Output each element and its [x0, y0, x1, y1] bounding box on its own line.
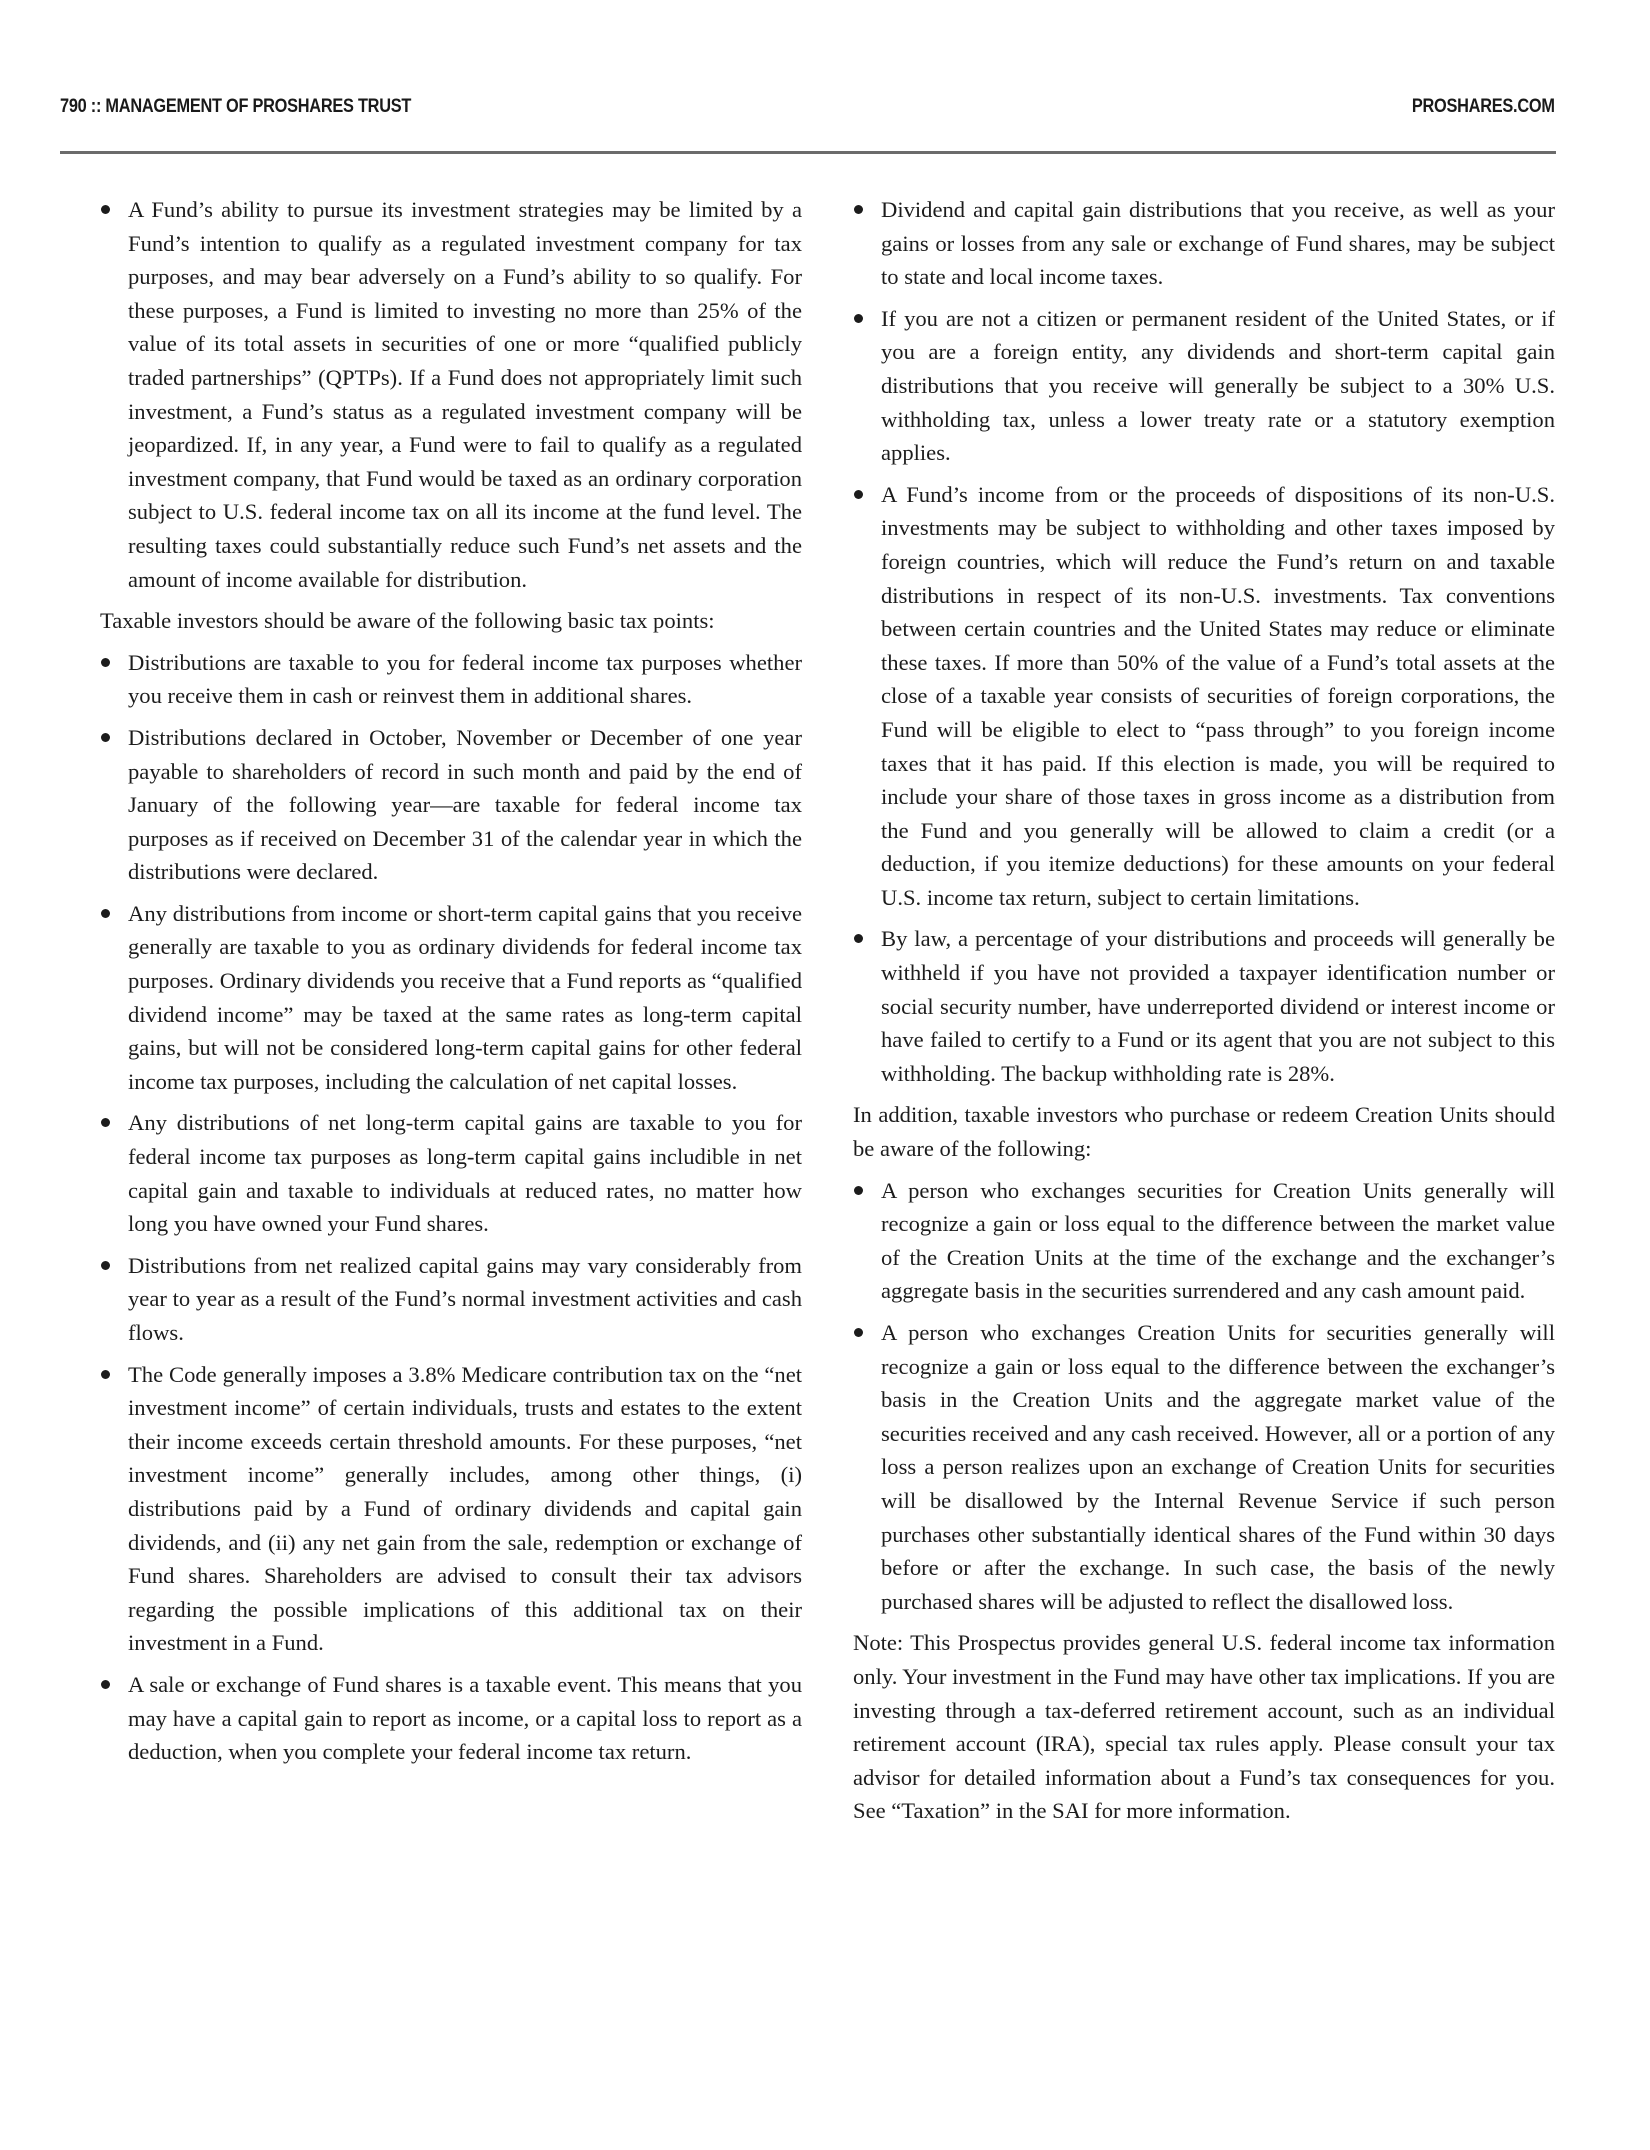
- bullet-icon: [101, 909, 110, 918]
- header-website: PROSHARES.COM: [1412, 96, 1555, 118]
- bullet-text: The Code generally imposes a 3.8% Medica…: [128, 1362, 802, 1656]
- left-column: A Fund’s ability to pursue its investmen…: [100, 193, 802, 1777]
- bullet-icon: [101, 658, 110, 667]
- bullet-icon: [854, 490, 863, 499]
- bullet-icon: [854, 314, 863, 323]
- bullet-item: If you are not a citizen or permanent re…: [853, 302, 1555, 470]
- bullet-text: Distributions from net realized capital …: [128, 1253, 802, 1345]
- bullet-icon: [854, 1186, 863, 1195]
- bullet-item: Any distributions of net long-term capit…: [100, 1106, 802, 1240]
- bullet-item: A sale or exchange of Fund shares is a t…: [100, 1668, 802, 1769]
- header-page-title: 790 :: MANAGEMENT OF PROSHARES TRUST: [60, 96, 411, 118]
- bullet-text: Distributions are taxable to you for fed…: [128, 650, 802, 709]
- bullet-item: Any distributions from income or short-t…: [100, 897, 802, 1099]
- bullet-icon: [101, 733, 110, 742]
- bullet-text: Any distributions of net long-term capit…: [128, 1110, 802, 1236]
- header-divider: [60, 151, 1556, 154]
- bullet-item: Dividend and capital gain distributions …: [853, 193, 1555, 294]
- bullet-item: Distributions declared in October, Novem…: [100, 721, 802, 889]
- bullet-text: A sale or exchange of Fund shares is a t…: [128, 1672, 802, 1764]
- bullet-item: Distributions are taxable to you for fed…: [100, 646, 802, 713]
- bullet-text: A Fund’s ability to pursue its investmen…: [128, 197, 802, 592]
- bullet-icon: [101, 1370, 110, 1379]
- bullet-item: A Fund’s income from or the proceeds of …: [853, 478, 1555, 915]
- bullet-item: A person who exchanges securities for Cr…: [853, 1174, 1555, 1308]
- bullet-text: A person who exchanges Creation Units fo…: [881, 1320, 1555, 1614]
- bullet-item: A person who exchanges Creation Units fo…: [853, 1316, 1555, 1618]
- bullet-text: By law, a percentage of your distributio…: [881, 926, 1555, 1085]
- bullet-item: The Code generally imposes a 3.8% Medica…: [100, 1358, 802, 1660]
- right-column: Dividend and capital gain distributions …: [853, 193, 1555, 1836]
- bullet-icon: [101, 1680, 110, 1689]
- page-header: 790 :: MANAGEMENT OF PROSHARES TRUST PRO…: [60, 96, 1346, 126]
- bullet-text: A Fund’s income from or the proceeds of …: [881, 482, 1555, 910]
- bullet-item: Distributions from net realized capital …: [100, 1249, 802, 1350]
- bullet-icon: [101, 1118, 110, 1127]
- intro-paragraph: In addition, taxable investors who purch…: [853, 1098, 1555, 1165]
- bullet-text: If you are not a citizen or permanent re…: [881, 306, 1555, 465]
- bullet-text: A person who exchanges securities for Cr…: [881, 1178, 1555, 1304]
- bullet-icon: [854, 934, 863, 943]
- bullet-icon: [101, 1261, 110, 1270]
- bullet-icon: [854, 1328, 863, 1337]
- bullet-item: A Fund’s ability to pursue its investmen…: [100, 193, 802, 596]
- bullet-text: Any distributions from income or short-t…: [128, 901, 802, 1094]
- bullet-item: By law, a percentage of your distributio…: [853, 922, 1555, 1090]
- bullet-text: Dividend and capital gain distributions …: [881, 197, 1555, 289]
- intro-paragraph: Taxable investors should be aware of the…: [100, 604, 802, 638]
- note-paragraph: Note: This Prospectus provides general U…: [853, 1626, 1555, 1828]
- bullet-text: Distributions declared in October, Novem…: [128, 725, 802, 884]
- bullet-icon: [854, 205, 863, 214]
- bullet-icon: [101, 205, 110, 214]
